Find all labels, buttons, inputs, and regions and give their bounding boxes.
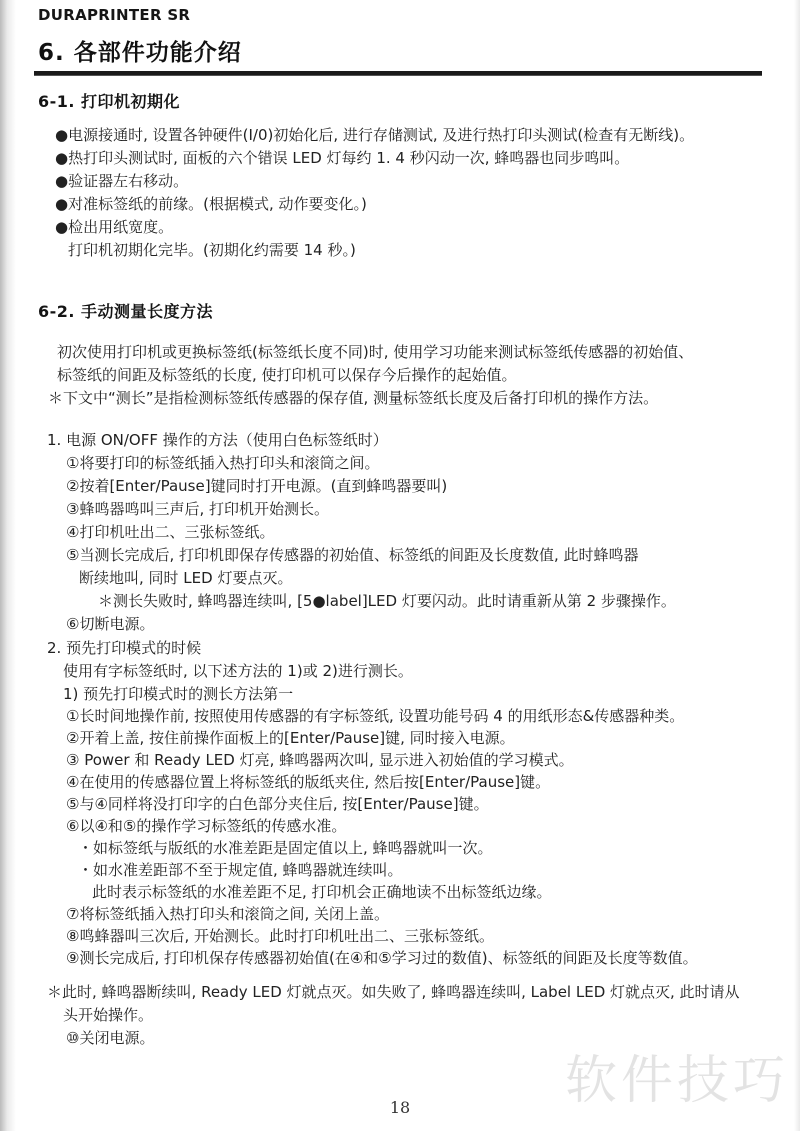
step-line: ③ Power 和 Ready LED 灯亮, 蜂鸣器两次叫, 显示进入初始值的…	[66, 749, 698, 771]
step-line: ①将要打印的标签纸插入热打印头和滚筒之间。	[66, 452, 676, 475]
step-line: ⑥以④和⑤的操作学习标签纸的传感水准。	[66, 815, 698, 837]
note-line: ＊此时, 蜂鸣器断续叫, Ready LED 灯就点灭。如失败了, 蜂鸣器连续叫…	[47, 981, 740, 1004]
section-6-1-body: ●电源接通时, 设置各钟硬件(I/0)初始化后, 进行存储测试, 及进行热打印头…	[55, 124, 694, 262]
page-number: 18	[0, 1098, 800, 1117]
method-1: 1. 电源 ON/OFF 操作的方法（使用白色标签纸时）	[47, 429, 388, 452]
method-2-subtitle: 使用有字标签纸时, 以下述方法的 1)或 2)进行测长。	[47, 660, 413, 683]
bullet-line: ●检出用纸宽度。	[55, 216, 694, 239]
sub-bullet-line: ・如水准差距部不至于规定值, 蜂鸣器就连续叫。	[66, 859, 698, 881]
bullet-line: ●对准标签纸的前缘。(根据模式, 动作要变化。)	[55, 193, 694, 216]
step-line: ③蜂鸣器鸣叫三声后, 打印机开始测长。	[66, 498, 676, 521]
sub-bullet-line: ・如标签纸与版纸的水准差距是固定值以上, 蜂鸣器就叫一次。	[66, 837, 698, 859]
step-continuation-line: 断续地叫, 同时 LED 灯要点灭。	[66, 567, 676, 590]
section-6-2-intro: 初次使用打印机或更换标签纸(标签纸长度不同)时, 使用学习功能来测试标签纸传感器…	[57, 341, 693, 410]
intro-line: 标签纸的间距及标签纸的长度, 使打印机可以保存今后操作的起始值。	[57, 364, 693, 387]
step-line: ④在使用的传感器位置上将标签纸的版纸夹住, 然后按[Enter/Pause]键。	[66, 771, 698, 793]
section-heading-6-1: 6-1. 打印机初期化	[38, 89, 180, 112]
step-line: ②按着[Enter/Pause]键同时打开电源。(直到蜂鸣器要叫)	[66, 475, 676, 498]
title-divider	[34, 71, 762, 76]
method-2-variant-title: 1) 预先打印模式时的测长方法第一	[47, 683, 413, 706]
method-1-title: 1. 电源 ON/OFF 操作的方法（使用白色标签纸时）	[47, 429, 388, 452]
step-line: ②开着上盖, 按住前操作面板上的[Enter/Pause]键, 同时接入电源。	[66, 727, 698, 749]
document-brand: DURAPRINTER SR	[38, 6, 190, 24]
intro-line: 初次使用打印机或更换标签纸(标签纸长度不同)时, 使用学习功能来测试标签纸传感器…	[57, 341, 693, 364]
manual-page: { "header": { "brand": "DURAPRINTER SR" …	[0, 0, 800, 1131]
step-line: ④打印机吐出二、三张标签纸。	[66, 521, 676, 544]
method-2-steps: ①长时间地操作前, 按照使用传感器的有字标签纸, 设置功能号码 4 的用纸形态&…	[66, 705, 698, 969]
method-1-steps: ①将要打印的标签纸插入热打印头和滚筒之间。 ②按着[Enter/Pause]键同…	[66, 452, 676, 636]
method-2: 2. 预先打印模式的时候 使用有字标签纸时, 以下述方法的 1)或 2)进行测长…	[47, 637, 413, 706]
sub-continuation-line: 此时表示标签纸的水准差距不足, 打印机会正确地读不出标签纸边缘。	[66, 881, 698, 903]
scan-edge-right	[794, 0, 800, 1131]
intro-note-line: ＊下文中“测长”是指检测标签纸传感器的保存值, 测量标签纸长度及后备打印机的操作…	[48, 387, 693, 410]
step-note-line: ＊测长失败时, 蜂鸣器连续叫, [5●label]LED 灯要闪动。此时请重新从…	[66, 590, 676, 613]
step-line: ⑤当测长完成后, 打印机即保存传感器的初始值、标签纸的间距及长度数值, 此时蜂鸣…	[66, 544, 676, 567]
bullet-line: ●验证器左右移动。	[55, 170, 694, 193]
step-line: ⑦将标签纸插入热打印头和滚筒之间, 关闭上盖。	[66, 903, 698, 925]
section-heading-6-2: 6-2. 手动测量长度方法	[38, 299, 213, 322]
method-2-title: 2. 预先打印模式的时候	[47, 637, 413, 660]
note-continuation-line: 头开始操作。	[47, 1004, 740, 1027]
step-line: ①长时间地操作前, 按照使用传感器的有字标签纸, 设置功能号码 4 的用纸形态&…	[66, 705, 698, 727]
step-line: ⑧鸣蜂器叫三次后, 开始测长。此时打印机吐出二、三张标签纸。	[66, 925, 698, 947]
bullet-line: ●电源接通时, 设置各钟硬件(I/0)初始化后, 进行存储测试, 及进行热打印头…	[55, 124, 694, 147]
closing-line: 打印机初期化完毕。(初期化约需要 14 秒。)	[55, 239, 694, 262]
bullet-line: ●热打印头测试时, 面板的六个错误 LED 灯每约 1. 4 秒闪动一次, 蜂鸣…	[55, 147, 694, 170]
step-line: ⑥切断电源。	[66, 613, 676, 636]
chapter-title: 6. 各部件功能介绍	[38, 34, 242, 67]
scan-edge-left	[0, 0, 16, 1131]
step-line: ⑤与④同样将没打印字的白色部分夹住后, 按[Enter/Pause]键。	[66, 793, 698, 815]
step-line: ⑨测长完成后, 打印机保存传感器初始值(在④和⑤学习过的数值)、标签纸的间距及长…	[66, 947, 698, 969]
